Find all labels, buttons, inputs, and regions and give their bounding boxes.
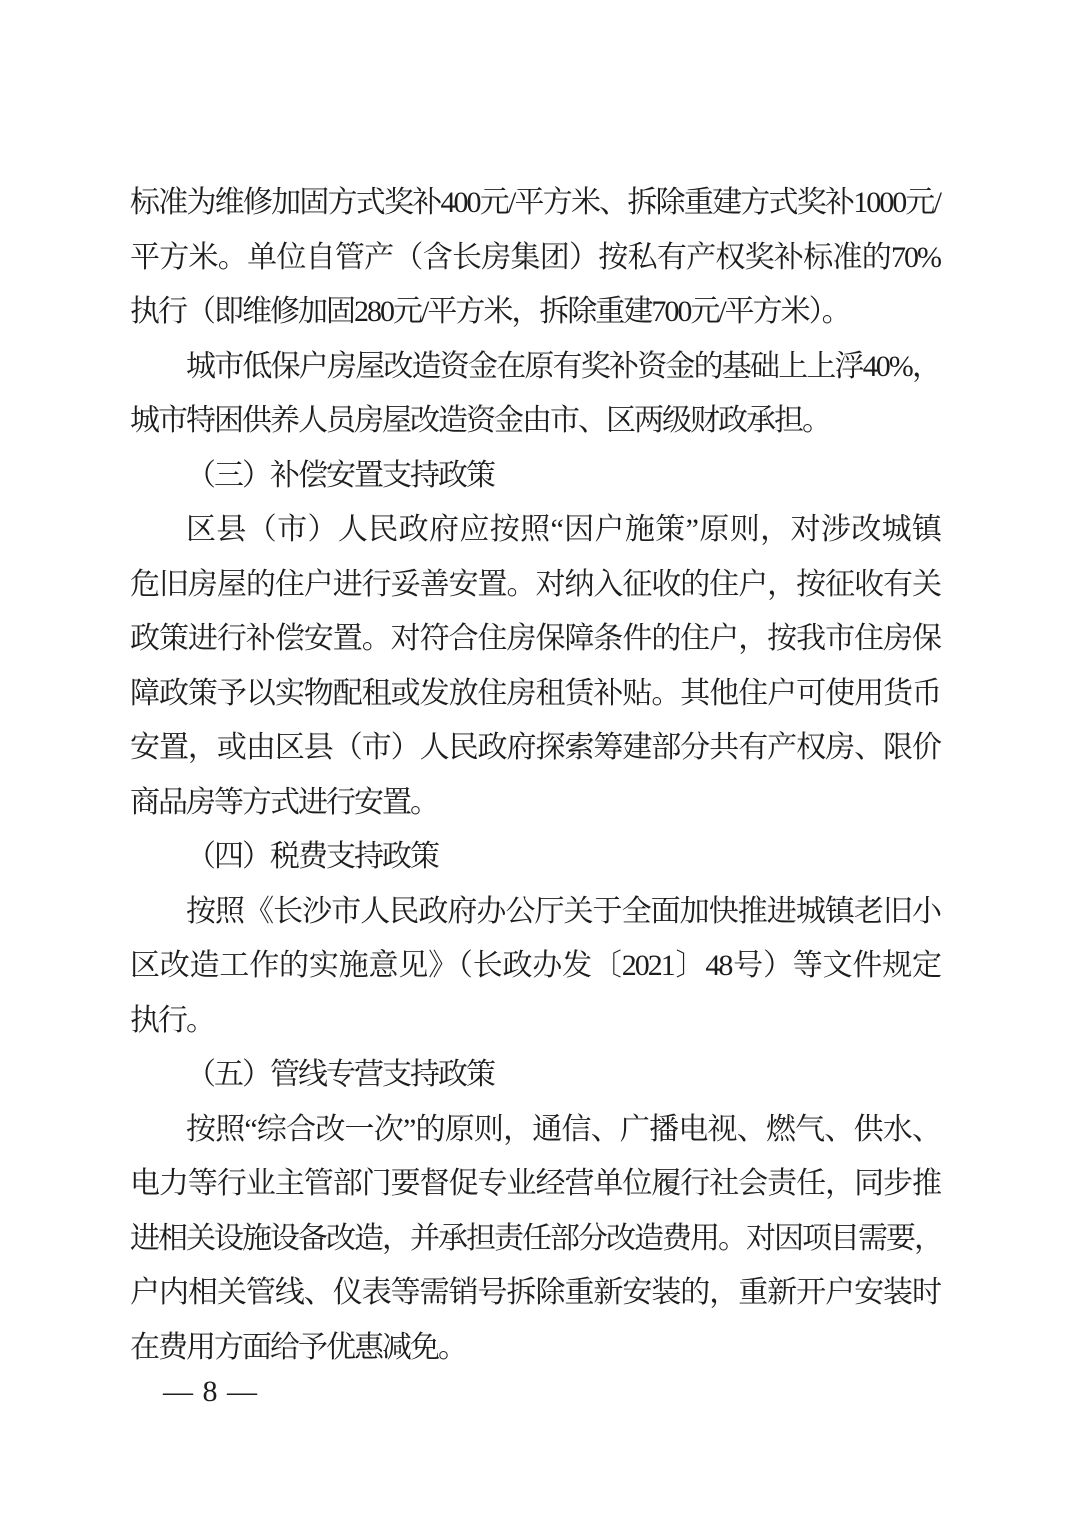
text-line: 执行。 (130, 994, 940, 1049)
text-line: 区改造工作的实施意见》（长政办发〔2021〕48号）等文件规定 (130, 939, 940, 994)
text-line: 执行（即维修加固280元/平方米，拆除重建700元/平方米）。 (130, 285, 940, 340)
text-line: 在费用方面给予优惠减免。 (130, 1321, 940, 1376)
text-line: 按照《长沙市人民政府办公厅关于全面加快推进城镇老旧小 (130, 885, 940, 940)
document-body: 标准为维修加固方式奖补400元/平方米、拆除重建方式奖补1000元/平方米。单位… (130, 176, 940, 1375)
text-line: 城市特困供养人员房屋改造资金由市、区两级财政承担。 (130, 394, 940, 449)
document-page: 标准为维修加固方式奖补400元/平方米、拆除重建方式奖补1000元/平方米。单位… (0, 0, 1074, 1520)
text-line: 进相关设施设备改造，并承担责任部分改造费用。对因项目需要， (130, 1212, 940, 1267)
text-line: 危旧房屋的住户进行妥善安置。对纳入征收的住户，按征收有关 (130, 558, 940, 613)
text-line: 平方米。单位自管产（含长房集团）按私有产权奖补标准的70% (130, 231, 940, 286)
text-line: 区县（市）人民政府应按照“因户施策”原则，对涉改城镇 (130, 503, 940, 558)
text-line: 按照“综合改一次”的原则，通信、广播电视、燃气、供水、 (130, 1103, 940, 1158)
page-number: — 8 — (163, 1375, 940, 1409)
text-line: （五）管线专营支持政策 (130, 1048, 940, 1103)
text-line: 障政策予以实物配租或发放住房租赁补贴。其他住户可使用货币 (130, 667, 940, 722)
text-line: 标准为维修加固方式奖补400元/平方米、拆除重建方式奖补1000元/ (130, 176, 940, 231)
text-line: 商品房等方式进行安置。 (130, 776, 940, 831)
text-line: 政策进行补偿安置。对符合住房保障条件的住户，按我市住房保 (130, 612, 940, 667)
text-line: 电力等行业主管部门要督促专业经营单位履行社会责任，同步推 (130, 1157, 940, 1212)
text-line: 城市低保户房屋改造资金在原有奖补资金的基础上上浮40%， (130, 340, 940, 395)
text-line: 安置，或由区县（市）人民政府探索筹建部分共有产权房、限价 (130, 721, 940, 776)
text-line: （四）税费支持政策 (130, 830, 940, 885)
text-line: 户内相关管线、仪表等需销号拆除重新安装的，重新开户安装时 (130, 1266, 940, 1321)
text-line: （三）补偿安置支持政策 (130, 449, 940, 504)
